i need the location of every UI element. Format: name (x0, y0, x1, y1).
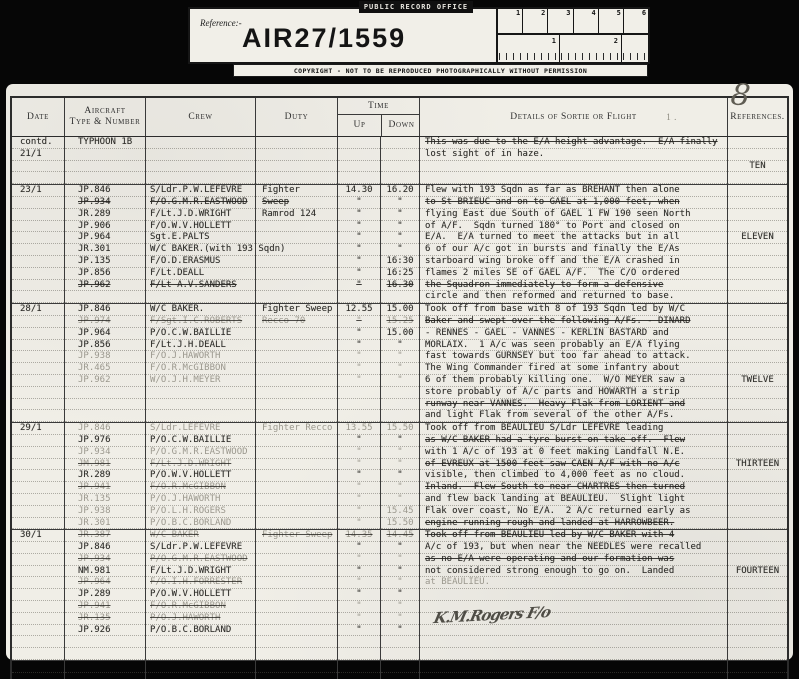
text-line: JM.981 (65, 459, 145, 471)
text-line: " (338, 256, 380, 268)
time-down-cell (380, 137, 419, 184)
sortie-block-2: 28/1 JP.846JP.974JP.964JP.856JP.938JR.46… (12, 304, 787, 423)
text-line: Flak over coast, No E/A. 2 A/c returned … (420, 506, 727, 518)
text-line (728, 482, 787, 494)
text-line: 30/1 (12, 530, 64, 542)
text-line: Took off from BEAULIEU S/Ldr LEFEVRE lea… (420, 423, 727, 435)
text-line: visible, then climbed to 4,000 feet as n… (420, 470, 727, 482)
text-line (728, 423, 787, 435)
text-line (256, 589, 337, 601)
text-line: " (381, 494, 419, 506)
ruler-segment: 1 (498, 9, 522, 33)
text-line: JR.135 (65, 613, 145, 625)
text-line: " (338, 470, 380, 482)
time-up-cell: 14.35"""""""" (337, 530, 380, 660)
text-line (65, 399, 145, 411)
text-line (256, 232, 337, 244)
text-line: F/O.G.M.R.EASTWOOD (146, 197, 255, 209)
ruler-number: 1 (516, 9, 520, 17)
text-line: JP.846 (65, 423, 145, 435)
text-line: JR.289 (65, 209, 145, 221)
text-line (65, 291, 145, 303)
text-line (728, 172, 787, 184)
text-line (728, 410, 787, 422)
text-line: P/O.L.H.ROGERS (146, 506, 255, 518)
text-line (146, 399, 255, 411)
text-line: P/O.G.M.R.EASTWOOD (146, 447, 255, 459)
text-line (381, 399, 419, 411)
text-line (146, 387, 255, 399)
text-line: " (381, 482, 419, 494)
text-line: " (338, 506, 380, 518)
text-line: P/O.B.C.BORLAND (146, 518, 255, 530)
orb-table: Date Aircraft Type & Number Crew Duty Ti… (10, 96, 789, 679)
text-line (728, 209, 787, 221)
text-line: " (338, 554, 380, 566)
text-line (256, 435, 337, 447)
ruler-number: 6 (642, 9, 646, 17)
references-cell: TEN (727, 137, 787, 184)
text-line: Took off from base with 8 of 193 Sqdn le… (420, 304, 727, 316)
aircraft-cell: JP.846JP.976JP.934JM.981JR.289JP.941JR.1… (64, 423, 145, 529)
text-line: F/O.D.ERASMUS (146, 256, 255, 268)
text-line: JP.846 (65, 185, 145, 197)
sortie-block-1: 23/1 JP.846JP.934JR.289JP.906JP.964JR.30… (12, 185, 787, 304)
text-line (338, 172, 380, 184)
text-line: Fighter (256, 185, 337, 197)
text-line: 15.50 (381, 518, 419, 530)
aircraft-cell: JP.846JP.974JP.964JP.856JP.938JR.465JP.9… (64, 304, 145, 422)
text-line (12, 387, 64, 399)
text-line: P/O.B.C.BORLAND (146, 625, 255, 637)
details-cell: Took off from base with 8 of 193 Sqdn le… (419, 304, 727, 422)
text-line: JP.962 (65, 280, 145, 292)
text-line: 15.00 (381, 328, 419, 340)
text-line (728, 636, 787, 648)
text-line (381, 137, 419, 149)
text-line: JP.926 (65, 625, 145, 637)
text-line (381, 661, 419, 673)
text-line (65, 149, 145, 161)
ruler-cm-row: 1 2 (498, 35, 648, 62)
text-line: The Wing Commander fired at some infantr… (420, 363, 727, 375)
sortie-block-0: contd.21/1 TYPHOON 1B This was due to th… (12, 137, 787, 185)
text-line: W/C BAKER. (146, 304, 255, 316)
text-line: " (338, 518, 380, 530)
text-line: 12.55 (338, 304, 380, 316)
text-line (12, 209, 64, 221)
text-line (12, 399, 64, 411)
text-line (728, 328, 787, 340)
text-line: F/Lt.J.D.WRIGHT (146, 566, 255, 578)
pencil-note: 1 . (666, 112, 677, 122)
text-line (12, 435, 64, 447)
text-line: JP.938 (65, 351, 145, 363)
details-cell: Took off from BEAULIEU S/Ldr LEFEVRE lea… (419, 423, 727, 529)
text-line: JR.465 (65, 363, 145, 375)
duty-cell: Fighter Recco (255, 423, 337, 529)
text-line: P/O.W.V.HOLLETT (146, 589, 255, 601)
text-line (338, 399, 380, 411)
text-line: 14.45 (381, 530, 419, 542)
text-line: JP.289 (65, 589, 145, 601)
text-line: P/O.C.W.BAILLIE (146, 328, 255, 340)
text-line: " (381, 375, 419, 387)
text-line: ELEVEN (728, 232, 787, 244)
text-line (728, 542, 787, 554)
public-record-office-badge: PUBLIC RECORD OFFICE (359, 1, 473, 13)
text-line (146, 661, 255, 673)
text-line: flames 2 miles SE of GAEL A/F. The C/O o… (420, 268, 727, 280)
text-line (146, 648, 255, 660)
text-line: JP.856 (65, 340, 145, 352)
text-line: circle and then reformed and returned to… (420, 291, 727, 303)
text-line: " (338, 209, 380, 221)
text-line (12, 410, 64, 422)
text-line (65, 661, 145, 673)
text-line (12, 589, 64, 601)
text-line (12, 256, 64, 268)
text-line (256, 399, 337, 411)
text-line (65, 636, 145, 648)
text-line (65, 172, 145, 184)
text-line (256, 482, 337, 494)
text-line: and light Flak from several of the other… (420, 410, 727, 422)
time-up-cell: 13.55"""""""" (337, 423, 380, 529)
copyright-strip: COPYRIGHT - NOT TO BE REPRODUCED PHOTOGR… (233, 64, 648, 77)
text-line: JP.941 (65, 601, 145, 613)
text-line: runway near VANNES. Heavy Flak from LORI… (420, 399, 727, 411)
text-line (12, 636, 64, 648)
text-line (12, 244, 64, 256)
text-line (65, 410, 145, 422)
text-line: JP.974 (65, 316, 145, 328)
text-line (256, 410, 337, 422)
text-line: JR.301 (65, 518, 145, 530)
references-cell: TWELVE (727, 304, 787, 422)
text-line (728, 340, 787, 352)
text-line (12, 221, 64, 233)
text-line (256, 494, 337, 506)
text-line (146, 161, 255, 173)
text-line: " (381, 601, 419, 613)
text-line (728, 316, 787, 328)
text-line (65, 387, 145, 399)
aircraft-cell: JR.387JP.846JP.934NM.981JP.964JP.289JP.9… (64, 530, 145, 660)
text-line (728, 589, 787, 601)
text-line: " (381, 209, 419, 221)
text-line: Fighter Recco (256, 423, 337, 435)
duty-cell (255, 661, 337, 679)
date-cell: 29/1 (12, 423, 64, 529)
text-line (420, 661, 727, 673)
text-line: Recco 70 (256, 316, 337, 328)
text-line (381, 161, 419, 173)
text-line: F/Lt.J.D.WRIGHT (146, 459, 255, 471)
text-line: not considered strong enough to go on. L… (420, 566, 727, 578)
text-line (256, 447, 337, 459)
ruler-segment: 3 (547, 9, 572, 33)
text-line (12, 351, 64, 363)
text-line (256, 625, 337, 637)
text-line: " (338, 625, 380, 637)
text-line (12, 291, 64, 303)
text-line (12, 316, 64, 328)
text-line: JP.934 (65, 197, 145, 209)
text-line: as no E/A were operating and our formati… (420, 554, 727, 566)
text-line (146, 291, 255, 303)
text-line: JP.962 (65, 375, 145, 387)
text-line (146, 172, 255, 184)
text-line (65, 161, 145, 173)
text-line: JP.934 (65, 447, 145, 459)
text-line: " (338, 363, 380, 375)
text-line (256, 566, 337, 578)
text-line (12, 554, 64, 566)
ruler-segment (621, 35, 648, 62)
text-line (12, 494, 64, 506)
text-line (146, 673, 255, 679)
text-line (728, 577, 787, 589)
time-down-cell: 15.0015.2515.00"""" (380, 304, 419, 422)
text-line: engine running rough and landed at HARRO… (420, 518, 727, 530)
col-header-details-label: Details of Sortie or Flight (510, 112, 637, 123)
text-line: This was due to the E/A height advantage… (420, 137, 727, 149)
crew-cell (145, 137, 255, 184)
text-line: " (338, 542, 380, 554)
ruler-number: 2 (614, 37, 618, 45)
crew-cell: S/Ldr.P.W.LEFEVREF/O.G.M.R.EASTWOODF/Lt.… (145, 185, 255, 303)
text-line: " (338, 589, 380, 601)
date-cell: contd.21/1 (12, 137, 64, 184)
text-line (12, 161, 64, 173)
ruler: 1 2 3 4 5 6 1 2 (496, 9, 648, 62)
text-line: " (381, 435, 419, 447)
text-line (146, 137, 255, 149)
text-line: at BEAULIEU. (420, 577, 727, 589)
text-line: " (338, 232, 380, 244)
col-header-time: Time Up Down (337, 98, 419, 136)
text-line: " (381, 221, 419, 233)
details-cell: This was due to the E/A height advantage… (419, 137, 727, 184)
text-line: TEN (728, 161, 787, 173)
text-line: " (381, 340, 419, 352)
text-line: F/Lt.J.H.DEALL (146, 340, 255, 352)
text-line: P/O.J.HAWORTH (146, 494, 255, 506)
sortie-block-4: 30/1 JR.387JP.846JP.934NM.981JP.964JP.28… (12, 530, 787, 661)
details-cell: Took off from BEAULIEU led by W/C BAKER … (419, 530, 727, 660)
text-line (728, 280, 787, 292)
text-line (728, 268, 787, 280)
text-line (728, 435, 787, 447)
text-line (728, 244, 787, 256)
text-line: W/C BAKER (146, 530, 255, 542)
text-line: Fighter Sweep (256, 304, 337, 316)
text-line (256, 161, 337, 173)
text-line: JP.938 (65, 506, 145, 518)
time-down-cell: 14.45"""""""" (380, 530, 419, 660)
text-line (728, 530, 787, 542)
ruler-number: 3 (566, 9, 570, 17)
duty-cell: FighterSweepRamrod 124 (255, 185, 337, 303)
text-line: JR.289 (65, 470, 145, 482)
duty-cell: Fighter Sweep (255, 530, 337, 660)
ruler-inches-row: 1 2 3 4 5 6 (498, 9, 648, 35)
text-line: 15.00 (381, 304, 419, 316)
text-line (728, 661, 787, 673)
text-line (381, 172, 419, 184)
text-line (256, 375, 337, 387)
text-line (12, 577, 64, 589)
text-line: P/O.C.W.BAILLIE (146, 435, 255, 447)
date-cell (12, 661, 64, 679)
date-cell: 28/1 (12, 304, 64, 422)
text-line: of A/F. Sqdn turned 180° to Port and clo… (420, 221, 727, 233)
text-line: " (381, 197, 419, 209)
text-line: S/Ldr.P.W.LEFEVRE (146, 185, 255, 197)
duty-cell (255, 137, 337, 184)
text-line: - RENNES - GAEL - VANNES - KERLIN BASTAR… (420, 328, 727, 340)
text-line (728, 197, 787, 209)
text-line (381, 149, 419, 161)
text-line: " (381, 244, 419, 256)
text-line (256, 291, 337, 303)
time-up-cell (337, 661, 380, 679)
col-header-time-down: Down (381, 115, 421, 136)
text-line (728, 494, 787, 506)
text-line (256, 328, 337, 340)
text-line: JP.856 (65, 268, 145, 280)
text-line: JR.135 (65, 494, 145, 506)
text-line: 14.35 (338, 530, 380, 542)
text-line: F/Lt.J.D.WRIGHT (146, 209, 255, 221)
text-line: store probably of A/c parts and HOWARTH … (420, 387, 727, 399)
text-line (381, 291, 419, 303)
text-line: JP.964 (65, 232, 145, 244)
text-line: " (338, 447, 380, 459)
text-line (65, 673, 145, 679)
text-line (256, 351, 337, 363)
text-line (728, 673, 787, 679)
text-line (728, 185, 787, 197)
text-line: " (381, 470, 419, 482)
text-line: F/Sgt.I.C.ROBERTS (146, 316, 255, 328)
text-line (728, 518, 787, 530)
text-line (256, 470, 337, 482)
text-line (12, 601, 64, 613)
text-line: JP.846 (65, 542, 145, 554)
text-line: " (381, 459, 419, 471)
text-line: THIRTEEN (728, 459, 787, 471)
table-header: Date Aircraft Type & Number Crew Duty Ti… (12, 98, 787, 137)
text-line (256, 601, 337, 613)
text-line (146, 149, 255, 161)
text-line: P/O.G.M.R.EASTWOOD (146, 554, 255, 566)
text-line: F/O.J.HAWORTH (146, 351, 255, 363)
text-line: 6 of our A/c got in bursts and finally t… (420, 244, 727, 256)
text-line: contd. (12, 137, 64, 149)
text-line: to St BRIEUC and on to GAEL at 1,000 fee… (420, 197, 727, 209)
text-line (381, 648, 419, 660)
time-up-cell: 12.55"""""" (337, 304, 380, 422)
crew-cell: W/C BAKER.F/Sgt.I.C.ROBERTSP/O.C.W.BAILL… (145, 304, 255, 422)
text-line: JP.941 (65, 482, 145, 494)
col-header-details: Details of Sortie or Flight 1 . (419, 98, 727, 136)
text-line: Sgt.E.PALTS (146, 232, 255, 244)
references-cell: FOURTEEN (727, 530, 787, 660)
col-header-date: Date (12, 98, 64, 136)
text-line: lost sight of in haze. (420, 149, 727, 161)
text-line: P/O.W.V.HOLLETT (146, 470, 255, 482)
text-line: " (338, 280, 380, 292)
text-line (728, 601, 787, 613)
text-line: " (338, 244, 380, 256)
text-line (728, 387, 787, 399)
text-line: 16.20 (381, 185, 419, 197)
text-line (256, 387, 337, 399)
text-line: " (338, 459, 380, 471)
text-line: Flew with 193 Sqdn as far as BREHANT the… (420, 185, 727, 197)
text-line (65, 648, 145, 660)
text-line: Took off from BEAULIEU led by W/C BAKER … (420, 530, 727, 542)
reference-number: AIR27/1559 (242, 23, 406, 54)
text-line (146, 410, 255, 422)
text-line: JR.387 (65, 530, 145, 542)
text-line: F/O.R.McGIBBON (146, 482, 255, 494)
crew-cell: S/Ldr.LEFEVREP/O.C.W.BAILLIEP/O.G.M.R.EA… (145, 423, 255, 529)
text-line (420, 648, 727, 660)
text-line (420, 161, 727, 173)
text-line: F/Lt.DEALL (146, 268, 255, 280)
text-line (12, 447, 64, 459)
text-line (12, 459, 64, 471)
text-line (728, 351, 787, 363)
text-line: 16.30 (381, 280, 419, 292)
text-line (12, 542, 64, 554)
text-line: 15.25 (381, 316, 419, 328)
text-line (420, 636, 727, 648)
text-line: " (381, 566, 419, 578)
text-line (256, 459, 337, 471)
time-down-cell: 16.20"""""16:3016:2516.30 (380, 185, 419, 303)
text-line (146, 636, 255, 648)
text-line: Fighter Sweep (256, 530, 337, 542)
text-line (338, 673, 380, 679)
text-line: " (338, 221, 380, 233)
text-line: Sweep (256, 197, 337, 209)
text-line (256, 221, 337, 233)
text-line (12, 363, 64, 375)
text-line (256, 518, 337, 530)
text-line: " (381, 232, 419, 244)
col-header-aircraft-line2: Type & Number (70, 117, 141, 127)
text-line: starboard wing broke off and the E/A cra… (420, 256, 727, 268)
text-line (12, 328, 64, 340)
text-line (12, 661, 64, 673)
text-line (12, 566, 64, 578)
text-line: E/A. E/A turned to meet the attacks but … (420, 232, 727, 244)
ruler-segment: 4 (573, 9, 598, 33)
text-line (256, 137, 337, 149)
reference-box: Reference:- AIR27/1559 1 2 3 4 5 6 1 2 (188, 7, 650, 64)
text-line: S/Ldr.P.W.LEFEVRE (146, 542, 255, 554)
text-line: fast towards GURNSEY but too far ahead t… (420, 351, 727, 363)
text-line (338, 661, 380, 673)
text-line (728, 613, 787, 625)
ruler-segment: 2 (522, 9, 547, 33)
text-line: " (338, 340, 380, 352)
text-line: F/O.R.McGIBBON (146, 363, 255, 375)
